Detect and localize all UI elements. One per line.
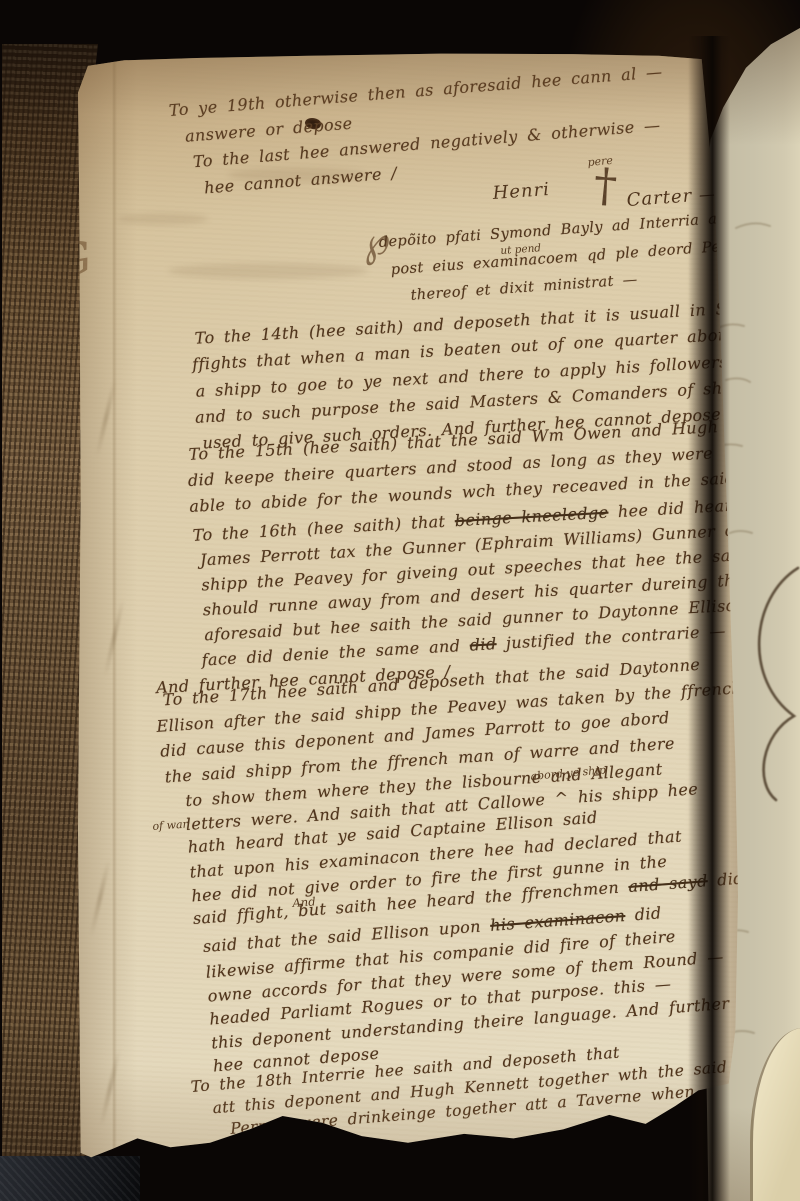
ink-flourish-icon (759, 568, 798, 800)
bleedthrough-mark (168, 263, 368, 279)
table-surface (0, 1156, 140, 1201)
manuscript-photo: G To ye 19th otherwise then as aforesaid… (0, 0, 800, 1201)
margin-flourish-icon: G (78, 232, 95, 288)
bleedthrough-streak (89, 859, 111, 938)
struck-text: and sayd (628, 871, 709, 896)
latin-heading: depõito pfati Symond Bayly ad Interria a… (378, 204, 738, 313)
bleedthrough-mark (118, 213, 208, 225)
manuscript-page: G To ye 19th otherwise then as aforesaid… (78, 48, 738, 1164)
bleedthrough-streak (99, 1049, 121, 1128)
text-segment: did (625, 903, 663, 925)
corner-catchword: y th (678, 1110, 701, 1126)
signature-forename: Henri (492, 179, 551, 204)
bleedthrough-streak (103, 599, 125, 678)
struck-text: did (469, 634, 497, 654)
bleedthrough-streak (95, 379, 117, 458)
text-segment: hee did heare — (608, 494, 738, 522)
margin-note: of war (152, 818, 188, 833)
signature-cross-mark: † (592, 161, 618, 208)
text-segment: did (707, 869, 738, 891)
